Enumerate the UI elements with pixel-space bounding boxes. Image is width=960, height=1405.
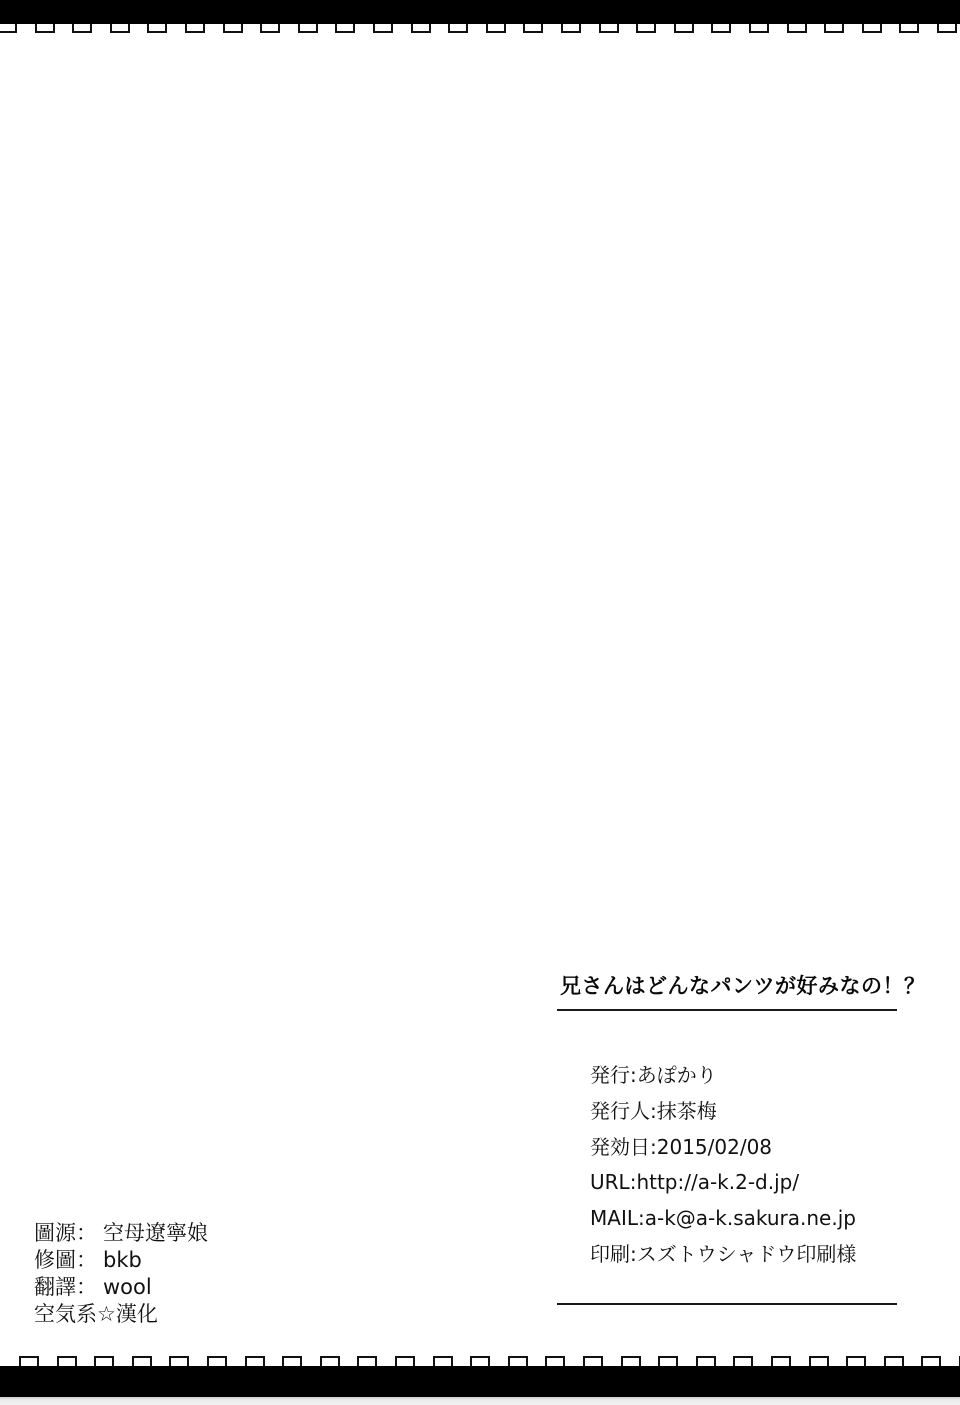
info-label: 発効日 xyxy=(590,1135,650,1159)
perforation-notch xyxy=(696,1356,716,1366)
credit-group: 空気系☆漢化 xyxy=(34,1301,208,1328)
info-separator: : xyxy=(650,1135,657,1159)
perforation-notch xyxy=(771,1356,791,1366)
info-value: スズトウシャドウ印刷様 xyxy=(637,1242,857,1266)
perforation-notch xyxy=(809,1356,829,1366)
perforation-notch xyxy=(733,1356,753,1366)
perforation-notch xyxy=(508,1356,528,1366)
perforation-notch xyxy=(545,1356,565,1366)
credit-label: 修圖： xyxy=(34,1247,97,1274)
perforation-notch xyxy=(282,1356,302,1366)
info-separator: : xyxy=(630,1242,637,1266)
perforation-notch xyxy=(72,24,92,33)
credit-label: 翻譯： xyxy=(34,1274,97,1301)
perforation-notch xyxy=(298,24,318,33)
info-label: 印刷 xyxy=(590,1242,630,1266)
perforation-notch xyxy=(583,1356,603,1366)
perforation-notch xyxy=(132,1356,152,1366)
credit-value: bkb xyxy=(103,1247,142,1274)
info-mail: MAIL:a-k@a-k.sakura.ne.jp xyxy=(590,1201,856,1237)
translation-credits: 圖源：空母遼寧娘 修圖：bkb 翻譯：wool 空気系☆漢化 xyxy=(34,1220,208,1328)
title-divider xyxy=(557,1009,897,1011)
info-value: 抹茶梅 xyxy=(657,1099,717,1123)
perforation-notch xyxy=(621,1356,641,1366)
perforation-notch xyxy=(373,24,393,33)
perforation-notch xyxy=(19,1356,39,1366)
info-url: URL:http://a-k.2-d.jp/ xyxy=(590,1165,856,1201)
info-separator: : xyxy=(650,1099,657,1123)
info-label: 発行 xyxy=(590,1063,630,1087)
perforation-notch xyxy=(335,24,355,33)
info-label: URL xyxy=(590,1170,630,1194)
perforation-notch xyxy=(658,1356,678,1366)
perforation-notch xyxy=(185,24,205,33)
info-publisher: 発行:あぽかり xyxy=(590,1058,856,1094)
perforation-notch xyxy=(749,24,769,33)
info-bottom-divider xyxy=(557,1303,897,1305)
film-strip-top-perforations xyxy=(0,24,960,35)
perforation-notch xyxy=(320,1356,340,1366)
perforation-notch xyxy=(884,1356,904,1366)
perforation-notch xyxy=(921,1356,941,1366)
credit-value: 空母遼寧娘 xyxy=(103,1220,208,1247)
scan-edge-strip xyxy=(0,1397,960,1405)
perforation-notch xyxy=(411,24,431,33)
info-separator: : xyxy=(638,1206,645,1230)
info-value: a-k@a-k.sakura.ne.jp xyxy=(645,1206,856,1230)
perforation-notch xyxy=(862,24,882,33)
credit-translator: 翻譯：wool xyxy=(34,1274,208,1301)
perforation-notch xyxy=(674,24,694,33)
perforation-notch xyxy=(94,1356,114,1366)
perforation-notch xyxy=(448,24,468,33)
book-title: 兄さんはどんなパンツが好みなの！？ xyxy=(560,970,926,1000)
perforation-notch xyxy=(486,24,506,33)
perforation-notch xyxy=(824,24,844,33)
perforation-notch xyxy=(223,24,243,33)
perforation-notch xyxy=(470,1356,490,1366)
credit-label: 圖源： xyxy=(34,1220,97,1247)
perforation-notch xyxy=(357,1356,377,1366)
perforation-notch xyxy=(57,1356,77,1366)
credit-editor: 修圖：bkb xyxy=(34,1247,208,1274)
info-value: あぽかり xyxy=(637,1063,717,1087)
perforation-notch xyxy=(636,24,656,33)
info-separator: : xyxy=(630,1063,637,1087)
perforation-notch xyxy=(169,1356,189,1366)
perforation-notch xyxy=(846,1356,866,1366)
film-strip-top-band xyxy=(0,0,960,24)
film-strip-bottom-band xyxy=(0,1366,960,1397)
perforation-notch xyxy=(711,24,731,33)
credit-value: wool xyxy=(103,1274,152,1301)
info-value: http://a-k.2-d.jp/ xyxy=(636,1170,799,1194)
info-label: MAIL xyxy=(590,1206,638,1230)
credit-source: 圖源：空母遼寧娘 xyxy=(34,1220,208,1247)
info-printer: 印刷:スズトウシャドウ印刷様 xyxy=(590,1237,856,1273)
perforation-notch xyxy=(787,24,807,33)
perforation-notch xyxy=(899,24,919,33)
perforation-notch xyxy=(260,24,280,33)
perforation-notch xyxy=(599,24,619,33)
perforation-notch xyxy=(35,24,55,33)
perforation-notch xyxy=(245,1356,265,1366)
perforation-notch xyxy=(110,24,130,33)
info-value: 2015/02/08 xyxy=(657,1135,772,1159)
info-label: 発行人 xyxy=(590,1099,650,1123)
perforation-notch xyxy=(937,24,957,33)
perforation-notch xyxy=(523,24,543,33)
perforation-notch xyxy=(561,24,581,33)
perforation-notch xyxy=(147,24,167,33)
info-issuer: 発行人:抹茶梅 xyxy=(590,1094,856,1130)
perforation-notch xyxy=(0,24,17,33)
info-date: 発効日:2015/02/08 xyxy=(590,1130,856,1166)
perforation-notch xyxy=(207,1356,227,1366)
perforation-notch xyxy=(395,1356,415,1366)
colophon-info: 発行:あぽかり 発行人:抹茶梅 発効日:2015/02/08 URL:http:… xyxy=(590,1058,856,1273)
perforation-notch xyxy=(433,1356,453,1366)
